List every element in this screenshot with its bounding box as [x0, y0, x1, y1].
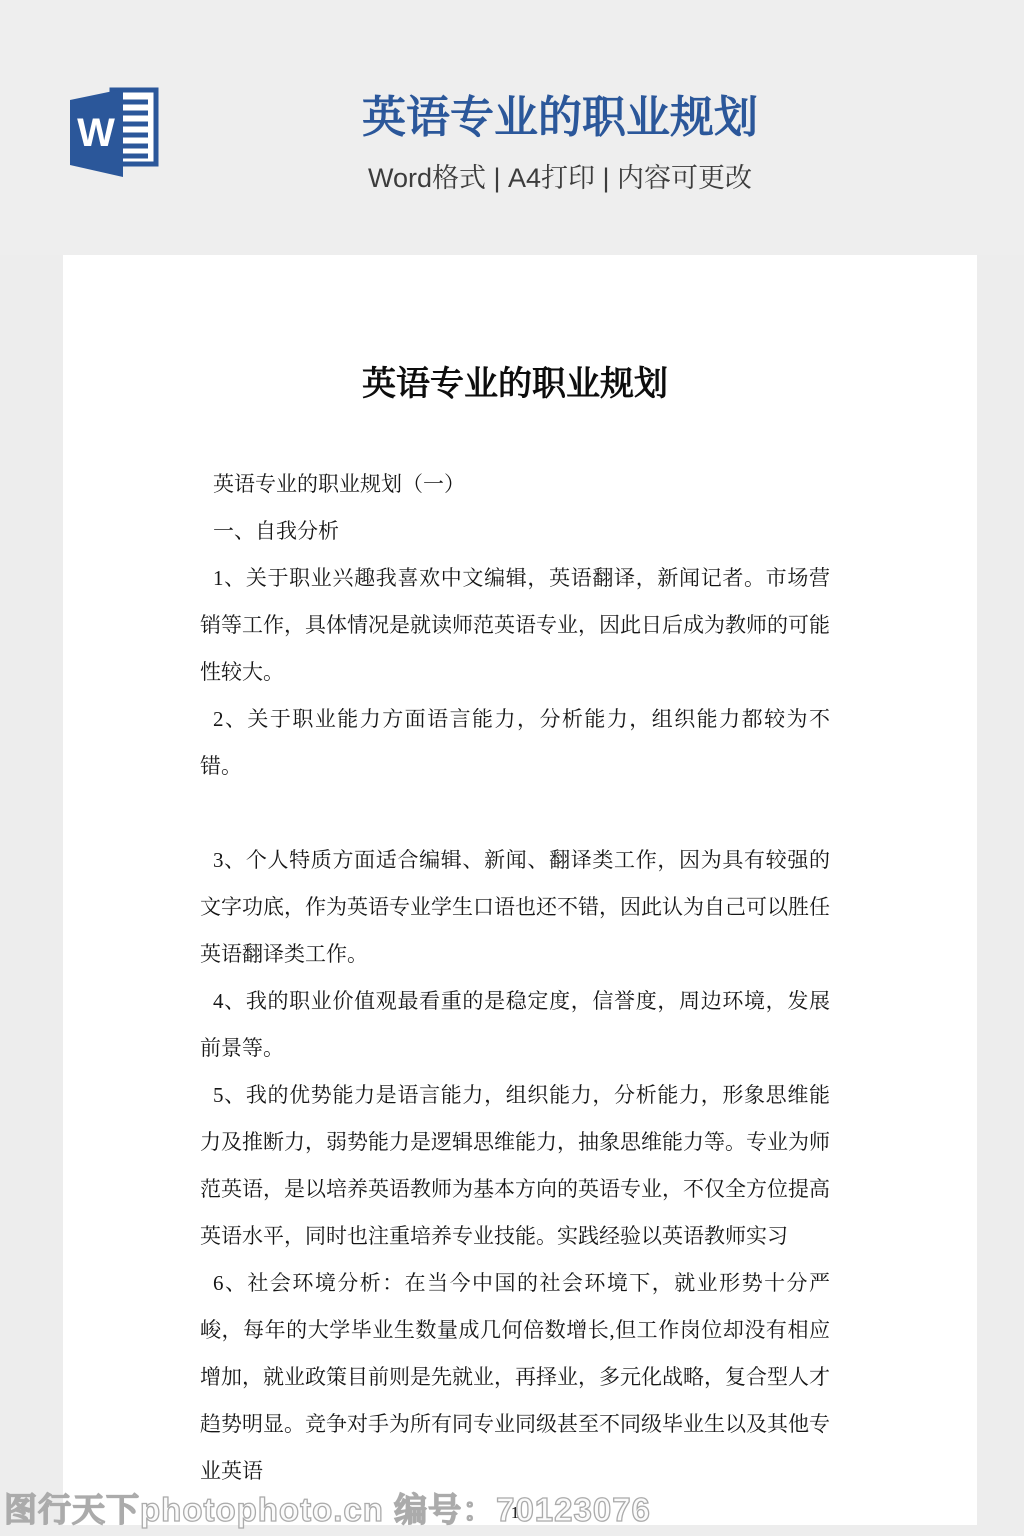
word-document-icon: W	[62, 84, 162, 180]
paragraph: 6、社会环境分析：在当今中国的社会环境下，就业形势十分严峻，每年的大学毕业生数量…	[200, 1260, 830, 1495]
paragraph: 英语专业的职业规划（一）	[200, 461, 830, 508]
paragraph: 4、我的职业价值观最看重的是稳定度，信誉度，周边环境，发展前景等。	[200, 978, 830, 1072]
paragraph-blank	[200, 790, 830, 837]
template-header: W 英语专业的职业规划 Word格式 | A4打印 | 内容可更改	[0, 0, 1024, 255]
paragraph: 一、自我分析	[200, 508, 830, 555]
paragraph: 3、个人特质方面适合编辑、新闻、翻译类工作，因为具有较强的文字功底，作为英语专业…	[200, 837, 830, 978]
template-title: 英语专业的职业规划	[362, 94, 758, 142]
word-icon-letter: W	[77, 111, 115, 155]
header-text-block: 英语专业的职业规划 Word格式 | A4打印 | 内容可更改	[362, 94, 758, 195]
template-format-subtitle: Word格式 | A4打印 | 内容可更改	[362, 156, 758, 195]
document-body: 英语专业的职业规划（一） 一、自我分析 1、关于职业兴趣我喜欢中文编辑，英语翻译…	[200, 461, 830, 1495]
site-watermark: 图行天下photophoto.cn 编号：70123076	[4, 1484, 651, 1531]
paragraph: 5、我的优势能力是语言能力，组织能力，分析能力，形象思维能力及推断力，弱势能力是…	[200, 1072, 830, 1260]
document-title: 英语专业的职业规划	[200, 366, 830, 404]
document-page: 英语专业的职业规划 英语专业的职业规划（一） 一、自我分析 1、关于职业兴趣我喜…	[63, 255, 977, 1525]
paragraph: 1、关于职业兴趣我喜欢中文编辑，英语翻译，新闻记者。市场营销等工作，具体情况是就…	[200, 555, 830, 696]
paragraph: 2、关于职业能力方面语言能力，分析能力，组织能力都较为不错。	[200, 696, 830, 790]
